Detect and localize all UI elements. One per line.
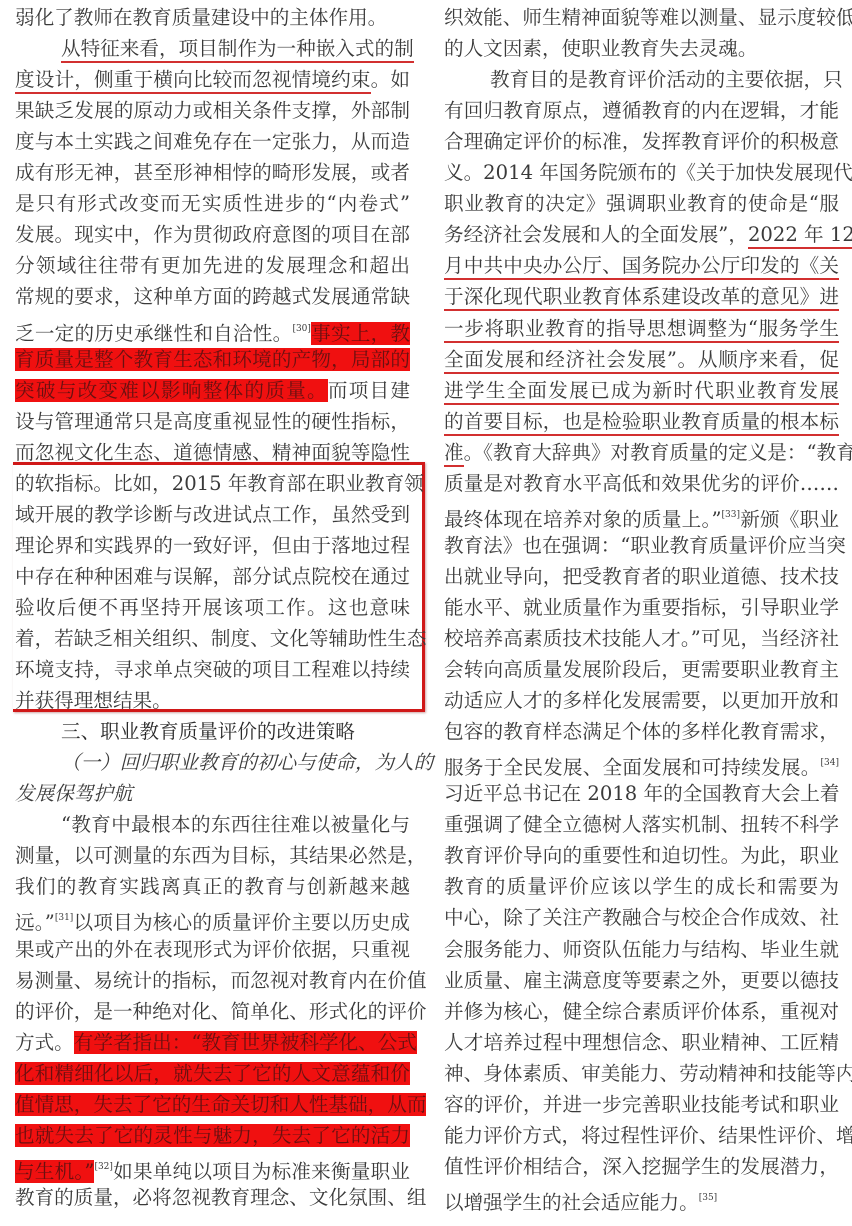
highlighted-text: 事实上，教 [311,322,410,345]
text-line: 一步将职业教育的指导思想调整为“服务学生 [444,314,839,344]
subsection-heading: （一）回归职业教育的初心与使命，为人的 [15,748,410,778]
text-segment: 验收后便不再坚持开展该项工作。这也意味 [15,596,410,619]
text-segment: 度与本土实践之间难免存在一定张力，从而造 [15,130,410,153]
text-line: 值情思，失去了它的生命关切和人性基础，从而 [15,1090,410,1120]
text-line: 环境支持，寻求单点突破的项目工程难以持续 [15,655,410,685]
text-segment: 中存在种种困难与误解，部分试点院校在通过 [15,565,410,588]
underlined-text: 2022 年 12 [748,223,852,249]
text-segment: 义。2014 年国务院颁布的《关于加快发展现代 [444,161,852,184]
text-segment: 服务于全民发展、全面发展和可持续发展。 [444,756,821,779]
text-line: 而忽视文化生态、道德情感、精神面貌等隐性 [15,438,410,468]
text-line: 理论界和实践界的一致好评，但由于落地过程 [15,531,410,561]
text-segment: 乏一定的历史承继性和自洽性。 [15,322,292,345]
text-segment: 设与管理通常只是高度重视显性的硬性指标， [15,410,410,433]
text-line: 是只有形式改变而无实质性进步的“内卷式” [15,189,410,219]
text-line: 能力评价方式，将过程性评价、结果性评价、增 [444,1121,839,1151]
text-segment: 分领域往往带有更加先进的发展理念和超出 [15,254,410,277]
text-line: 教育法》也在强调：“职业教育质量评价应当突 [444,531,839,561]
text-line: 重强调了健全立德树人落实机制、扭转不科学 [444,810,839,840]
text-segment: 织效能、师生精神面貌等难以测量、显示度较低 [444,6,852,29]
text-line: 教育评价导向的重要性和迫切性。为此，职业 [444,841,839,871]
text-segment: 质量是对教育水平高低和效果优劣的评价…… [444,472,839,495]
text-line: 习近平总书记在 2018 年的全国教育大会上着 [444,779,839,809]
underlined-text: 准 [444,441,464,467]
text-line: 突破与改变难以影响整体的质量。而项目建 [15,376,410,406]
text-line: 值性评价相结合，深入挖掘学生的发展潜力， [444,1152,839,1182]
text-segment: 三、职业教育质量评价的改进策略 [61,720,355,743]
text-segment: 神、身体素质、审美能力、劳动精神和技能等内 [444,1062,852,1085]
text-segment: 习近平总书记在 2018 年的全国教育大会上着 [444,782,839,805]
text-line: 也就失去了它的灵性与魅力，失去了它的活力 [15,1121,410,1151]
text-segment: 职业教育的决定》强调职业教育的使命是“服 [444,192,839,215]
citation-marker: [34] [821,758,839,768]
underlined-text: 的首要目标，也是检验职业教育质量的根本标 [444,410,839,436]
citation-marker: [32] [94,1162,112,1172]
text-segment: 重强调了健全立德树人落实机制、扭转不科学 [444,813,839,836]
text-segment: 方式。 [15,1031,74,1054]
text-segment: 业质量、雇主满意度等要素之外，更要以德技 [444,969,839,992]
text-line: 校培养高素质技术技能人才。”可见，当经济社 [444,624,839,654]
text-line: 分领域往往带有更加先进的发展理念和超出 [15,251,410,281]
text-segment: 弱化了教师在教育质量建设中的主体作用。 [15,6,387,29]
text-segment: 人才培养过程中理想信念、职业精神、工匠精 [444,1031,839,1054]
text-line: 度设计，侧重于横向比较而忽视情境约束。如 [15,65,410,95]
text-segment: 并修为核心，健全综合素质评价体系，重视对 [444,1000,839,1023]
text-line: 的首要目标，也是检验职业教育质量的根本标 [444,407,839,437]
text-segment: 容的评价，并进一步完善职业技能考试和职业 [444,1093,839,1116]
text-segment: 远。” [15,911,55,934]
text-line: 神、身体素质、审美能力、劳动精神和技能等内 [444,1059,839,1089]
underlined-text: 月中共中央办公厅、国务院办公厅印发的《关 [444,254,839,280]
text-segment: 校培养高素质技术技能人才。”可见，当经济社 [444,627,839,650]
text-segment: 如果单纯以项目为标准来衡量职业 [113,1160,410,1183]
text-segment: 出就业导向，把受教育者的职业道德、技术技 [444,565,839,588]
text-segment: 中心，除了关注产教融合与校企合作成效、社 [444,906,839,929]
text-line: 远。”[31]以项目为核心的质量评价主要以历史成 [15,903,410,933]
text-line: 义。2014 年国务院颁布的《关于加快发展现代 [444,158,839,188]
text-line: 准。《教育大辞典》对教育质量的定义是：“教育 [444,438,839,468]
text-segment: 值性评价相结合，深入挖掘学生的发展潜力， [444,1155,839,1178]
text-segment: 成有形无神，甚至形神相悖的畸形发展，或者 [15,161,410,184]
text-line: 度与本土实践之间难免存在一定张力，从而造 [15,127,410,157]
underlined-text: 于深化现代职业教育体系建设改革的意见》进 [444,285,839,311]
text-line: 果缺乏发展的原动力或相关条件支撑，外部制 [15,96,410,126]
text-segment: 的软指标。比如，2015 年教育部在职业教育领 [15,472,424,495]
text-segment: 教育评价导向的重要性和迫切性。为此，职业 [444,844,839,867]
text-segment: 而项目建 [328,379,410,402]
text-segment: 教育法》也在强调：“职业教育质量评价应当突 [444,534,846,557]
highlighted-text: 突破与改变难以影响整体的质量。 [15,379,328,402]
text-line: 能水平、就业质量作为重要指标，引导职业学 [444,593,839,623]
text-line: 并获得理想结果。 [15,686,410,716]
text-line: 包容的教育样态满足个体的多样化教育需求， [444,717,839,747]
text-segment: 而忽视文化生态、道德情感、精神面貌等隐性 [15,441,410,464]
text-segment: 教育目的是教育评价活动的主要依据，只 [490,68,843,91]
text-segment: 务经济社会发展和人的全面发展”， [444,223,748,246]
text-line: 成有形无神，甚至形神相悖的畸形发展，或者 [15,158,410,188]
underlined-text: 从特征来看，项目制作为一种嵌入式的制 [61,37,414,63]
text-segment: 着，若缺乏相关组织、制度、文化等辅助性生态 [15,627,426,650]
text-line: 全面发展和经济社会发展”。从顺序来看，促 [444,345,839,375]
text-line: 的人文因素，使职业教育失去灵魂。 [444,34,839,64]
text-line: 我们的教育实践离真正的教育与创新越来越 [15,872,410,902]
text-segment: 能水平、就业质量作为重要指标，引导职业学 [444,596,839,619]
text-line: 合理确定评价的标准，发挥教育评价的积极意 [444,127,839,157]
text-segment: 最终体现在培养对象的质量上。” [444,508,722,531]
text-line: 动适应人才的多样化发展需要，以更加开放和 [444,686,839,716]
text-line: 容的评价，并进一步完善职业技能考试和职业 [444,1090,839,1120]
text-line: 教育的质量，必将忽视教育理念、文化氛围、组 [15,1183,410,1213]
text-segment: 有回归教育原点，遵循教育的内在逻辑，才能 [444,99,839,122]
text-segment: 测量，以可测量的东西为目标，其结果必然是， [15,844,426,867]
text-line: 果或产出的外在表现形式为评价依据，只重视 [15,935,410,965]
text-segment: 易测量、易统计的指标，而忽视对教育内在价值 [15,969,426,992]
text-segment: 环境支持，寻求单点突破的项目工程难以持续 [15,658,410,681]
text-line: 设与管理通常只是高度重视显性的硬性指标， [15,407,410,437]
text-line: 进学生全面发展已成为新时代职业教育发展 [444,376,839,406]
text-segment: 以增强学生的社会适应能力。 [444,1191,699,1214]
text-segment: （一）回归职业教育的初心与使命，为人的 [61,751,433,774]
highlighted-text: 有学者指出：“教育世界被科学化、公式 [74,1031,417,1054]
text-line: 织效能、师生精神面貌等难以测量、显示度较低 [444,3,839,33]
text-segment: 并获得理想结果。 [15,689,172,712]
citation-marker: [33] [722,510,740,520]
underlined-text: 一步将职业教育的指导思想调整为“服务学生 [444,317,839,343]
citation-marker: [31] [55,913,73,923]
text-line: 域开展的教学诊断与改进试点工作，虽然受到 [15,500,410,530]
text-line: 有回归教育原点，遵循教育的内在逻辑，才能 [444,96,839,126]
text-segment: 教育的质量，必将忽视教育理念、文化氛围、组 [15,1186,426,1209]
text-line: 着，若缺乏相关组织、制度、文化等辅助性生态 [15,624,410,654]
text-line: 月中共中央办公厅、国务院办公厅印发的《关 [444,251,839,281]
text-segment: 的评价，是一种绝对化、简单化、形式化的评价 [15,1000,426,1023]
text-line: 乏一定的历史承继性和自洽性。[30]事实上，教 [15,314,410,344]
highlighted-text: 育质量是整个教育生态和环境的产物，局部的 [15,348,410,371]
section-heading: 三、职业教育质量评价的改进策略 [15,717,410,747]
subsection-heading: 发展保驾护航 [15,779,410,809]
underlined-text: 进学生全面发展已成为新时代职业教育发展 [444,379,839,405]
text-line: 最终体现在培养对象的质量上。”[33]新颁《职业 [444,500,839,530]
text-segment: 包容的教育样态满足个体的多样化教育需求， [444,720,839,743]
text-line: 以增强学生的社会适应能力。[35] [444,1183,839,1213]
text-segment: 合理确定评价的标准，发挥教育评价的积极意 [444,130,839,153]
text-line: 服务于全民发展、全面发展和可持续发展。[34] [444,748,839,778]
text-segment: 是只有形式改变而无实质性进步的“内卷式” [15,192,410,215]
document-page: 弱化了教师在教育质量建设中的主体作用。从特征来看，项目制作为一种嵌入式的制度设计… [0,0,852,1226]
text-segment: 发展保驾护航 [15,782,133,805]
text-segment: 能力评价方式，将过程性评价、结果性评价、增 [444,1124,852,1147]
text-line: 易测量、易统计的指标，而忽视对教育内在价值 [15,966,410,996]
highlighted-text: 化和精细化以后，就失去了它的人文意蕴和价 [15,1062,410,1085]
text-segment: 常规的要求，这种单方面的跨越式发展通常缺 [15,285,410,308]
text-line: 会服务能力、师资队伍能力与结构、毕业生就 [444,935,839,965]
text-segment: 果或产出的外在表现形式为评价依据，只重视 [15,938,410,961]
text-segment: 。如 [371,68,410,91]
text-segment: 动适应人才的多样化发展需要，以更加开放和 [444,689,839,712]
text-line: 方式。有学者指出：“教育世界被科学化、公式 [15,1028,410,1058]
text-segment: 理论界和实践界的一致好评，但由于落地过程 [15,534,410,557]
text-line: 业质量、雇主满意度等要素之外，更要以德技 [444,966,839,996]
highlighted-text: 与生机。” [15,1160,94,1183]
text-segment: 域开展的教学诊断与改进试点工作，虽然受到 [15,503,410,526]
text-line: 的软指标。比如，2015 年教育部在职业教育领 [15,469,410,499]
text-line: 出就业导向，把受教育者的职业道德、技术技 [444,562,839,592]
highlighted-text: 也就失去了它的灵性与魅力，失去了它的活力 [15,1124,410,1147]
text-line: 发展。现实中，作为贯彻政府意图的项目在部 [15,220,410,250]
citation-marker: [35] [699,1193,717,1203]
text-line: “教育中最根本的东西往往难以被量化与 [15,810,410,840]
text-line: 务经济社会发展和人的全面发展”，2022 年 12 [444,220,839,250]
text-segment: 会转向高质量发展阶段后，更需要职业教育主 [444,658,839,681]
text-line: 人才培养过程中理想信念、职业精神、工匠精 [444,1028,839,1058]
text-line: 中存在种种困难与误解，部分试点院校在通过 [15,562,410,592]
text-line: 弱化了教师在教育质量建设中的主体作用。 [15,3,410,33]
text-line: 质量是对教育水平高低和效果优劣的评价…… [444,469,839,499]
text-segment: 新颁《职业 [740,508,839,531]
text-line: 职业教育的决定》强调职业教育的使命是“服 [444,189,839,219]
text-line: 育质量是整个教育生态和环境的产物，局部的 [15,345,410,375]
text-segment: 的人文因素，使职业教育失去灵魂。 [444,37,758,60]
text-line: 中心，除了关注产教融合与校企合作成效、社 [444,903,839,933]
text-line: 测量，以可测量的东西为目标，其结果必然是， [15,841,410,871]
text-line: 并修为核心，健全综合素质评价体系，重视对 [444,997,839,1027]
text-segment: 发展。现实中，作为贯彻政府意图的项目在部 [15,223,410,246]
underlined-text: 全面发展和经济社会发展”。从顺序来看，促 [444,348,839,374]
text-segment: 以项目为核心的质量评价主要以历史成 [73,911,410,934]
text-line: 教育目的是教育评价活动的主要依据，只 [444,65,839,95]
text-line: 常规的要求，这种单方面的跨越式发展通常缺 [15,282,410,312]
citation-marker: [30] [292,324,310,334]
highlighted-text: 值情思，失去了它的生命关切和人性基础，从而 [15,1093,426,1116]
text-line: 与生机。”[32]如果单纯以项目为标准来衡量职业 [15,1152,410,1182]
text-segment: 教育的质量评价应该以学生的成长和需要为 [444,875,839,898]
text-line: 于深化现代职业教育体系建设改革的意见》进 [444,282,839,312]
text-segment: 果缺乏发展的原动力或相关条件支撑，外部制 [15,99,410,122]
text-segment: 我们的教育实践离真正的教育与创新越来越 [15,875,410,898]
underlined-text: 度设计，侧重于横向比较而忽视情境约束 [15,68,371,94]
text-line: 验收后便不再坚持开展该项工作。这也意味 [15,593,410,623]
text-segment: “教育中最根本的东西往往难以被量化与 [61,813,410,836]
text-line: 会转向高质量发展阶段后，更需要职业教育主 [444,655,839,685]
text-segment: 。《教育大辞典》对教育质量的定义是：“教育 [464,441,852,464]
text-line: 的评价，是一种绝对化、简单化、形式化的评价 [15,997,410,1027]
text-line: 教育的质量评价应该以学生的成长和需要为 [444,872,839,902]
text-line: 化和精细化以后，就失去了它的人文意蕴和价 [15,1059,410,1089]
text-line: 从特征来看，项目制作为一种嵌入式的制 [15,34,410,64]
text-segment: 会服务能力、师资队伍能力与结构、毕业生就 [444,938,839,961]
